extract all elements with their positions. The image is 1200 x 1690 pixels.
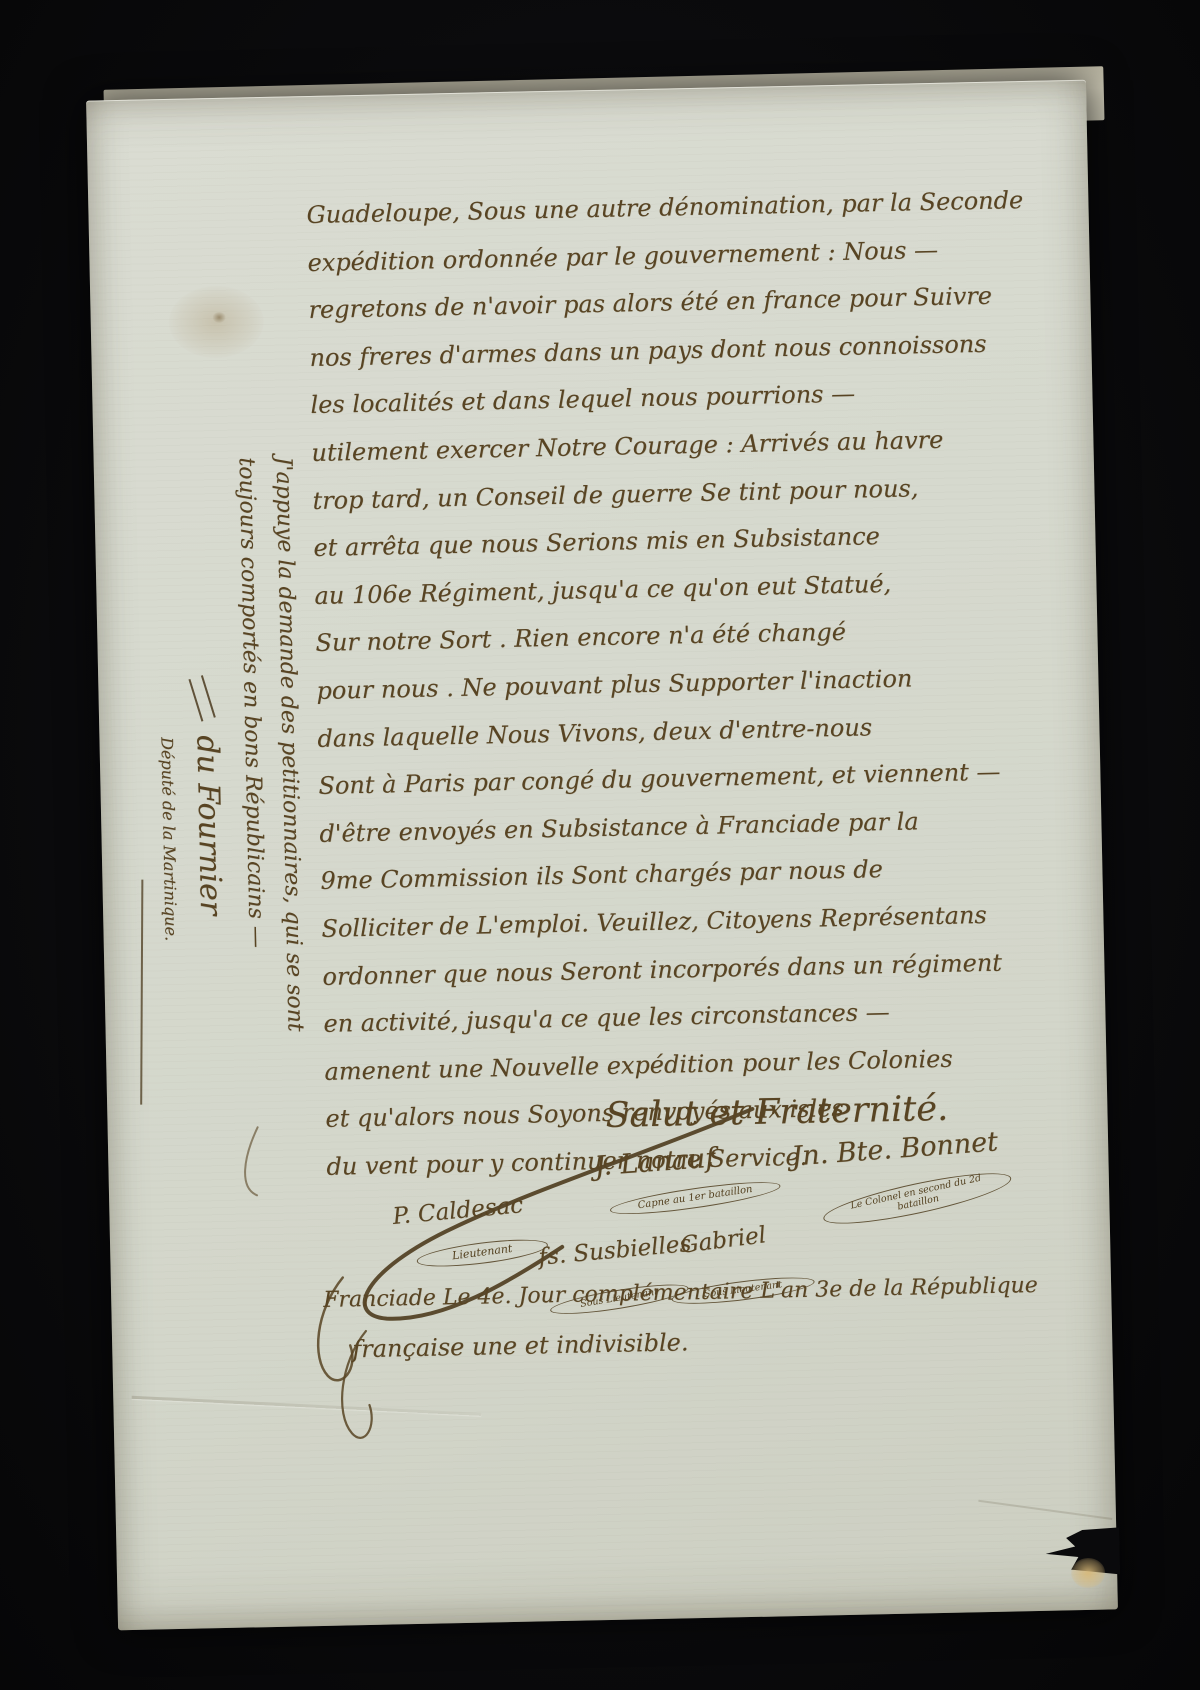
rank-annotation-caldesac: Lieutenant <box>416 1234 550 1271</box>
signature-susbielles: fs. Susbielles <box>537 1231 692 1271</box>
dateline-1: Franciade Le 4e. Jour complémentaire L'a… <box>323 1273 1038 1313</box>
signature-gabriel: Gabriel <box>679 1222 768 1259</box>
signature-caldesac: P. Caldesac <box>392 1192 525 1230</box>
closing-salutation: Salut et Fraternité. <box>605 1089 948 1136</box>
margin-flourish-line <box>140 880 143 1105</box>
margin-endorsement: J'appuye la demande des petitionnaires, … <box>122 456 316 1150</box>
paraph-mark <box>189 675 216 721</box>
paper-crease-bottom-left <box>132 1396 482 1416</box>
margin-signature: du Fournier <box>189 735 228 916</box>
letter-body: Guadeloupe, Sous une autre dénomination,… <box>306 176 1087 1191</box>
paper-crease-bottom-right <box>978 1500 1112 1520</box>
foxing-spot <box>213 312 226 323</box>
manuscript-page: J'appuye la demande des petitionnaires, … <box>86 80 1118 1631</box>
ink-smudge-stain <box>168 285 264 359</box>
photo-backdrop: J'appuye la demande des petitionnaires, … <box>0 0 1200 1690</box>
torn-edge-notch <box>1045 1527 1120 1577</box>
dateline-2: française une et indivisible. <box>352 1328 689 1363</box>
